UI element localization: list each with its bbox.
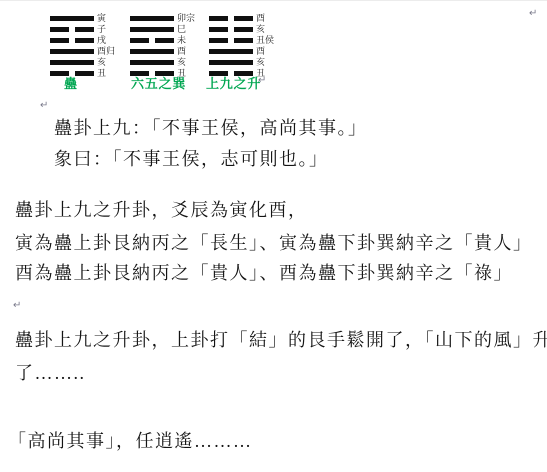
line-branch-annotation: 丑侯 <box>256 36 274 45</box>
text-line-hexagram-quote: 蠱卦上九：「不事王侯，高尚其事。」 <box>54 117 368 139</box>
line-branch-annotation: 酉 <box>177 47 186 56</box>
text-line-xiang-commentary: 象曰：「不事王侯，志可則也。」 <box>54 148 329 170</box>
hexagram-line-solid: 巳 <box>130 24 195 35</box>
yang-line-icon <box>130 27 174 32</box>
hexagram-line-broken: 酉 <box>209 13 274 24</box>
yang-line-icon <box>209 60 253 65</box>
hexagram-line-solid: 酉 <box>209 46 274 57</box>
yin-line-icon <box>209 16 253 21</box>
hexagram-gu: 寅子戌酉归亥丑 <box>50 13 115 79</box>
yang-line-icon <box>130 49 174 54</box>
hexagram-line-solid: 酉归 <box>50 46 115 57</box>
yin-line-icon <box>209 38 253 43</box>
line-branch-annotation: 寅 <box>97 14 106 23</box>
line-branch-annotation: 卯宗 <box>177 14 195 23</box>
line-branch-annotation: 未 <box>177 36 186 45</box>
text-line-closing-remark: 「高尚其事」，任逍遙……… <box>8 430 253 452</box>
line-branch-annotation: 酉 <box>256 14 265 23</box>
yang-line-icon <box>50 60 94 65</box>
text-line-paragraph1-line2: 寅為蠱上卦艮納丙之「長生」、寅為蠱下卦巽納辛之「貴人」 <box>15 232 533 254</box>
line-branch-annotation: 丑 <box>97 69 106 78</box>
hexagram-line-solid: 亥 <box>50 57 115 68</box>
paragraph-mark-icon: ↵ <box>40 101 48 111</box>
hexagram-line-broken: 亥 <box>209 24 274 35</box>
yang-line-icon <box>130 60 174 65</box>
yin-line-icon <box>50 38 94 43</box>
paragraph-mark-icon: ↵ <box>529 9 537 19</box>
hexagram-line-solid: 亥 <box>130 57 195 68</box>
yin-line-icon <box>209 27 253 32</box>
hexagram-label-gu: 蠱 <box>64 73 78 92</box>
hexagram-line-broken: 戌 <box>50 35 115 46</box>
text-line-paragraph1-line1: 蠱卦上九之升卦，爻辰為寅化酉， <box>15 199 308 221</box>
hexagram-label-sheng: 上九之升 <box>206 73 261 92</box>
hexagram-line-broken: 丑 <box>50 68 115 79</box>
hexagram-line-solid: 亥 <box>209 57 274 68</box>
text-line-paragraph2-line2: 了…….. <box>15 362 86 384</box>
document-page: 寅子戌酉归亥丑 卯宗巳未酉亥丑 酉亥丑侯酉亥丑 蠱 六五之巽 上九之升 ↵ ↵ … <box>0 0 547 472</box>
line-branch-annotation: 酉 <box>256 47 265 56</box>
line-branch-annotation: 巳 <box>177 25 186 34</box>
text-line-paragraph2-line1: 蠱卦上九之升卦，上卦打「結」的艮手鬆開了，「山下的風」升上來 <box>15 329 547 351</box>
hexagram-line-solid: 酉 <box>130 46 195 57</box>
line-branch-annotation: 亥 <box>256 25 265 34</box>
hexagram-sheng-top-nine: 酉亥丑侯酉亥丑 <box>209 13 274 79</box>
yin-line-icon <box>130 38 174 43</box>
paragraph-mark-icon: ↵ <box>258 76 266 86</box>
yang-line-icon <box>209 49 253 54</box>
line-branch-annotation: 亥 <box>256 58 265 67</box>
paragraph-mark-icon: ↵ <box>13 301 21 311</box>
hexagram-line-broken: 丑侯 <box>209 35 274 46</box>
hexagram-line-broken: 子 <box>50 24 115 35</box>
hexagram-label-xun: 六五之巽 <box>131 73 186 92</box>
line-branch-annotation: 子 <box>97 25 106 34</box>
hexagram-line-broken: 未 <box>130 35 195 46</box>
text-line-paragraph1-line3: 酉為蠱上卦艮納丙之「貴人」、酉為蠱下卦巽納辛之「祿」 <box>15 262 513 284</box>
hexagram-line-solid: 卯宗 <box>130 13 195 24</box>
yang-line-icon <box>50 49 94 54</box>
line-branch-annotation: 戌 <box>97 36 106 45</box>
yang-line-icon <box>130 16 174 21</box>
line-branch-annotation: 酉归 <box>97 47 115 56</box>
hexagram-xun-six-five: 卯宗巳未酉亥丑 <box>130 13 195 79</box>
line-branch-annotation: 亥 <box>97 58 106 67</box>
hexagram-line-solid: 寅 <box>50 13 115 24</box>
line-branch-annotation: 亥 <box>177 58 186 67</box>
yang-line-icon <box>50 16 94 21</box>
yin-line-icon <box>50 27 94 32</box>
